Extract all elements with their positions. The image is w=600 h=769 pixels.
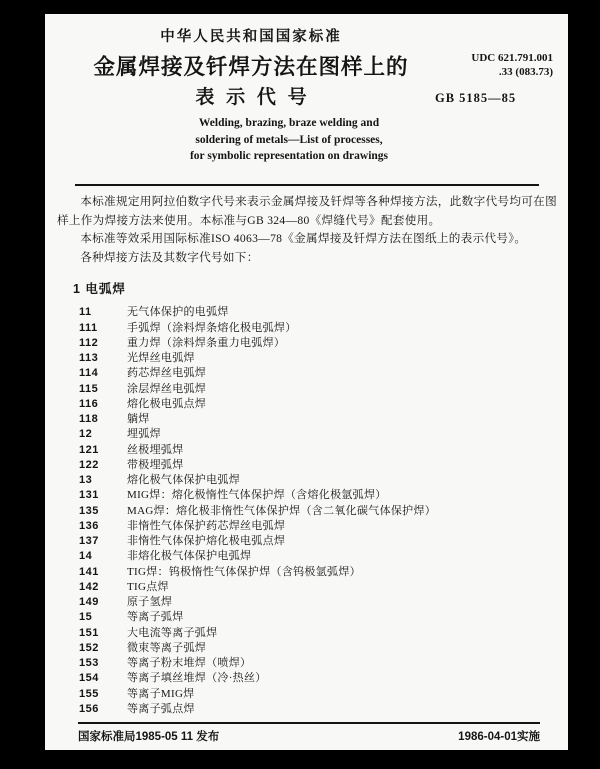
process-label: 非熔化极气体保护电弧焊 bbox=[113, 549, 251, 564]
process-code: 152 bbox=[79, 641, 113, 656]
process-list: 11 无气体保护的电弧焊 111 手弧焊（涂料焊条熔化极电弧焊） 112 重力焊… bbox=[57, 305, 557, 717]
process-label: 熔化极电弧点焊 bbox=[113, 397, 206, 412]
process-code: 154 bbox=[79, 671, 113, 686]
process-row: 15 等离子弧焊 bbox=[57, 610, 557, 625]
process-row: 11 无气体保护的电弧焊 bbox=[57, 305, 557, 320]
process-code: 137 bbox=[79, 534, 113, 549]
process-label: 埋弧焊 bbox=[113, 427, 161, 442]
document-title-line2: 表示代号 bbox=[45, 82, 457, 109]
process-row: 131 MIG焊：熔化极惰性气体保护焊（含熔化极氩弧焊） bbox=[57, 488, 557, 503]
document-body: 本标准规定用阿拉伯数字代号来表示金属焊接及钎焊等各种焊接方法，此数字代号均可在图… bbox=[57, 193, 557, 717]
process-label: 等离子弧点焊 bbox=[113, 702, 195, 717]
intro-paragraphs: 本标准规定用阿拉伯数字代号来表示金属焊接及钎焊等各种焊接方法，此数字代号均可在图… bbox=[57, 193, 557, 267]
process-label: 微束等离子弧焊 bbox=[113, 641, 206, 656]
process-label: 等离子粉末堆焊（喷焊） bbox=[113, 656, 251, 671]
scanned-page-background: { "document": { "kicker": "中华人民共和国国家标准",… bbox=[0, 0, 600, 769]
process-row: 113 光焊丝电弧焊 bbox=[57, 351, 557, 366]
process-code: 111 bbox=[79, 321, 113, 336]
section-heading-arc-welding: 1 电弧焊 bbox=[73, 279, 557, 297]
process-row: 142 TIG点焊 bbox=[57, 580, 557, 595]
standard-number: GB 5185—85 bbox=[435, 91, 553, 106]
process-label: 原子氢焊 bbox=[113, 595, 172, 610]
process-code: 156 bbox=[79, 702, 113, 717]
document-footer: 国家标准局1985-05 11 发布 1986-04-01实施 bbox=[78, 728, 540, 744]
process-code: 12 bbox=[79, 427, 113, 442]
process-row: 149 原子氢焊 bbox=[57, 595, 557, 610]
process-code: 113 bbox=[79, 351, 113, 366]
document-title: 金属焊接及钎焊方法在图样上的 bbox=[45, 50, 457, 81]
process-label: 光焊丝电弧焊 bbox=[113, 351, 195, 366]
process-label: MIG焊：熔化极惰性气体保护焊（含熔化极氩弧焊） bbox=[113, 488, 387, 503]
process-label: 非惰性气体保护熔化极电弧点焊 bbox=[113, 534, 285, 549]
intro-paragraph: 本标准等效采用国际标准ISO 4063—78《金属焊接及钎焊方法在图纸上的表示代… bbox=[57, 230, 557, 249]
process-row: 115 涂层焊丝电弧焊 bbox=[57, 382, 557, 397]
process-label: 手弧焊（涂料焊条熔化极电弧焊） bbox=[113, 321, 297, 336]
process-label: 重力焊（涂料焊条重力电弧焊） bbox=[113, 336, 285, 351]
process-code: 153 bbox=[79, 656, 113, 671]
footer-effective-date: 1986-04-01实施 bbox=[458, 728, 540, 744]
national-standard-kicker: 中华人民共和国国家标准 bbox=[45, 25, 457, 46]
process-row: 155 等离子MIG焊 bbox=[57, 687, 557, 702]
process-row: 118 躺焊 bbox=[57, 412, 557, 427]
process-row: 112 重力焊（涂料焊条重力电弧焊） bbox=[57, 336, 557, 351]
footer-issued-date: 国家标准局1985-05 11 发布 bbox=[78, 728, 219, 744]
process-code: 141 bbox=[79, 565, 113, 580]
process-code: 131 bbox=[79, 488, 113, 503]
process-label: 丝极埋弧焊 bbox=[113, 443, 184, 458]
process-code: 136 bbox=[79, 519, 113, 534]
header-divider-line bbox=[75, 184, 539, 186]
process-label: 躺焊 bbox=[113, 412, 150, 427]
process-row: 121 丝极埋弧焊 bbox=[57, 443, 557, 458]
process-label: TIG点焊 bbox=[113, 580, 169, 595]
process-label: 熔化极气体保护电弧焊 bbox=[113, 473, 240, 488]
process-code: 114 bbox=[79, 366, 113, 381]
process-label: 等离子填丝堆焊（冷·热丝） bbox=[113, 671, 267, 686]
process-label: 药芯焊丝电弧焊 bbox=[113, 366, 206, 381]
process-code: 112 bbox=[79, 336, 113, 351]
process-row: 153 等离子粉末堆焊（喷焊） bbox=[57, 656, 557, 671]
process-row: 141 TIG焊：钨极惰性气体保护焊（含钨极氩弧焊） bbox=[57, 565, 557, 580]
udc-classification: UDC 621.791.001 .33 (083.73) bbox=[435, 52, 553, 79]
process-label: 等离子MIG焊 bbox=[113, 687, 195, 702]
process-row: 13 熔化极气体保护电弧焊 bbox=[57, 473, 557, 488]
process-row: 111 手弧焊（涂料焊条熔化极电弧焊） bbox=[57, 321, 557, 336]
process-row: 137 非惰性气体保护熔化极电弧点焊 bbox=[57, 534, 557, 549]
process-code: 121 bbox=[79, 443, 113, 458]
process-code: 149 bbox=[79, 595, 113, 610]
process-code: 122 bbox=[79, 458, 113, 473]
process-code: 155 bbox=[79, 687, 113, 702]
process-row: 14 非熔化极气体保护电弧焊 bbox=[57, 549, 557, 564]
process-code: 118 bbox=[79, 412, 113, 427]
process-code: 135 bbox=[79, 504, 113, 519]
process-row: 136 非惰性气体保护药芯焊丝电弧焊 bbox=[57, 519, 557, 534]
process-row: 12 埋弧焊 bbox=[57, 427, 557, 442]
process-label: 等离子弧焊 bbox=[113, 610, 184, 625]
process-code: 14 bbox=[79, 549, 113, 564]
process-code: 151 bbox=[79, 626, 113, 641]
process-code: 116 bbox=[79, 397, 113, 412]
process-label: 非惰性气体保护药芯焊丝电弧焊 bbox=[113, 519, 285, 534]
process-row: 151 大电流等离子弧焊 bbox=[57, 626, 557, 641]
english-title: Welding, brazing, braze welding and sold… bbox=[103, 115, 475, 165]
footer-divider-line bbox=[78, 722, 540, 724]
process-label: 涂层焊丝电弧焊 bbox=[113, 382, 206, 397]
process-row: 152 微束等离子弧焊 bbox=[57, 641, 557, 656]
process-row: 156 等离子弧点焊 bbox=[57, 702, 557, 717]
document-page: 中华人民共和国国家标准 金属焊接及钎焊方法在图样上的 表示代号 Welding,… bbox=[45, 14, 568, 750]
process-row: 154 等离子填丝堆焊（冷·热丝） bbox=[57, 671, 557, 686]
process-row: 114 药芯焊丝电弧焊 bbox=[57, 366, 557, 381]
process-code: 115 bbox=[79, 382, 113, 397]
process-row: 122 带极埋弧焊 bbox=[57, 458, 557, 473]
process-label: TIG焊：钨极惰性气体保护焊（含钨极氩弧焊） bbox=[113, 565, 361, 580]
process-label: 带极埋弧焊 bbox=[113, 458, 184, 473]
process-code: 15 bbox=[79, 610, 113, 625]
process-row: 116 熔化极电弧点焊 bbox=[57, 397, 557, 412]
document-header: 中华人民共和国国家标准 金属焊接及钎焊方法在图样上的 表示代号 Welding,… bbox=[45, 14, 568, 184]
intro-paragraph: 各种焊接方法及其数字代号如下： bbox=[57, 249, 557, 268]
process-code: 13 bbox=[79, 473, 113, 488]
process-label: 大电流等离子弧焊 bbox=[113, 626, 217, 641]
process-label: 无气体保护的电弧焊 bbox=[113, 305, 229, 320]
process-code: 11 bbox=[79, 305, 113, 320]
process-label: MAG焊：熔化极非惰性气体保护焊（含二氧化碳气体保护焊） bbox=[113, 504, 436, 519]
process-code: 142 bbox=[79, 580, 113, 595]
intro-paragraph: 本标准规定用阿拉伯数字代号来表示金属焊接及钎焊等各种焊接方法，此数字代号均可在图… bbox=[57, 193, 557, 230]
process-row: 135 MAG焊：熔化极非惰性气体保护焊（含二氧化碳气体保护焊） bbox=[57, 504, 557, 519]
